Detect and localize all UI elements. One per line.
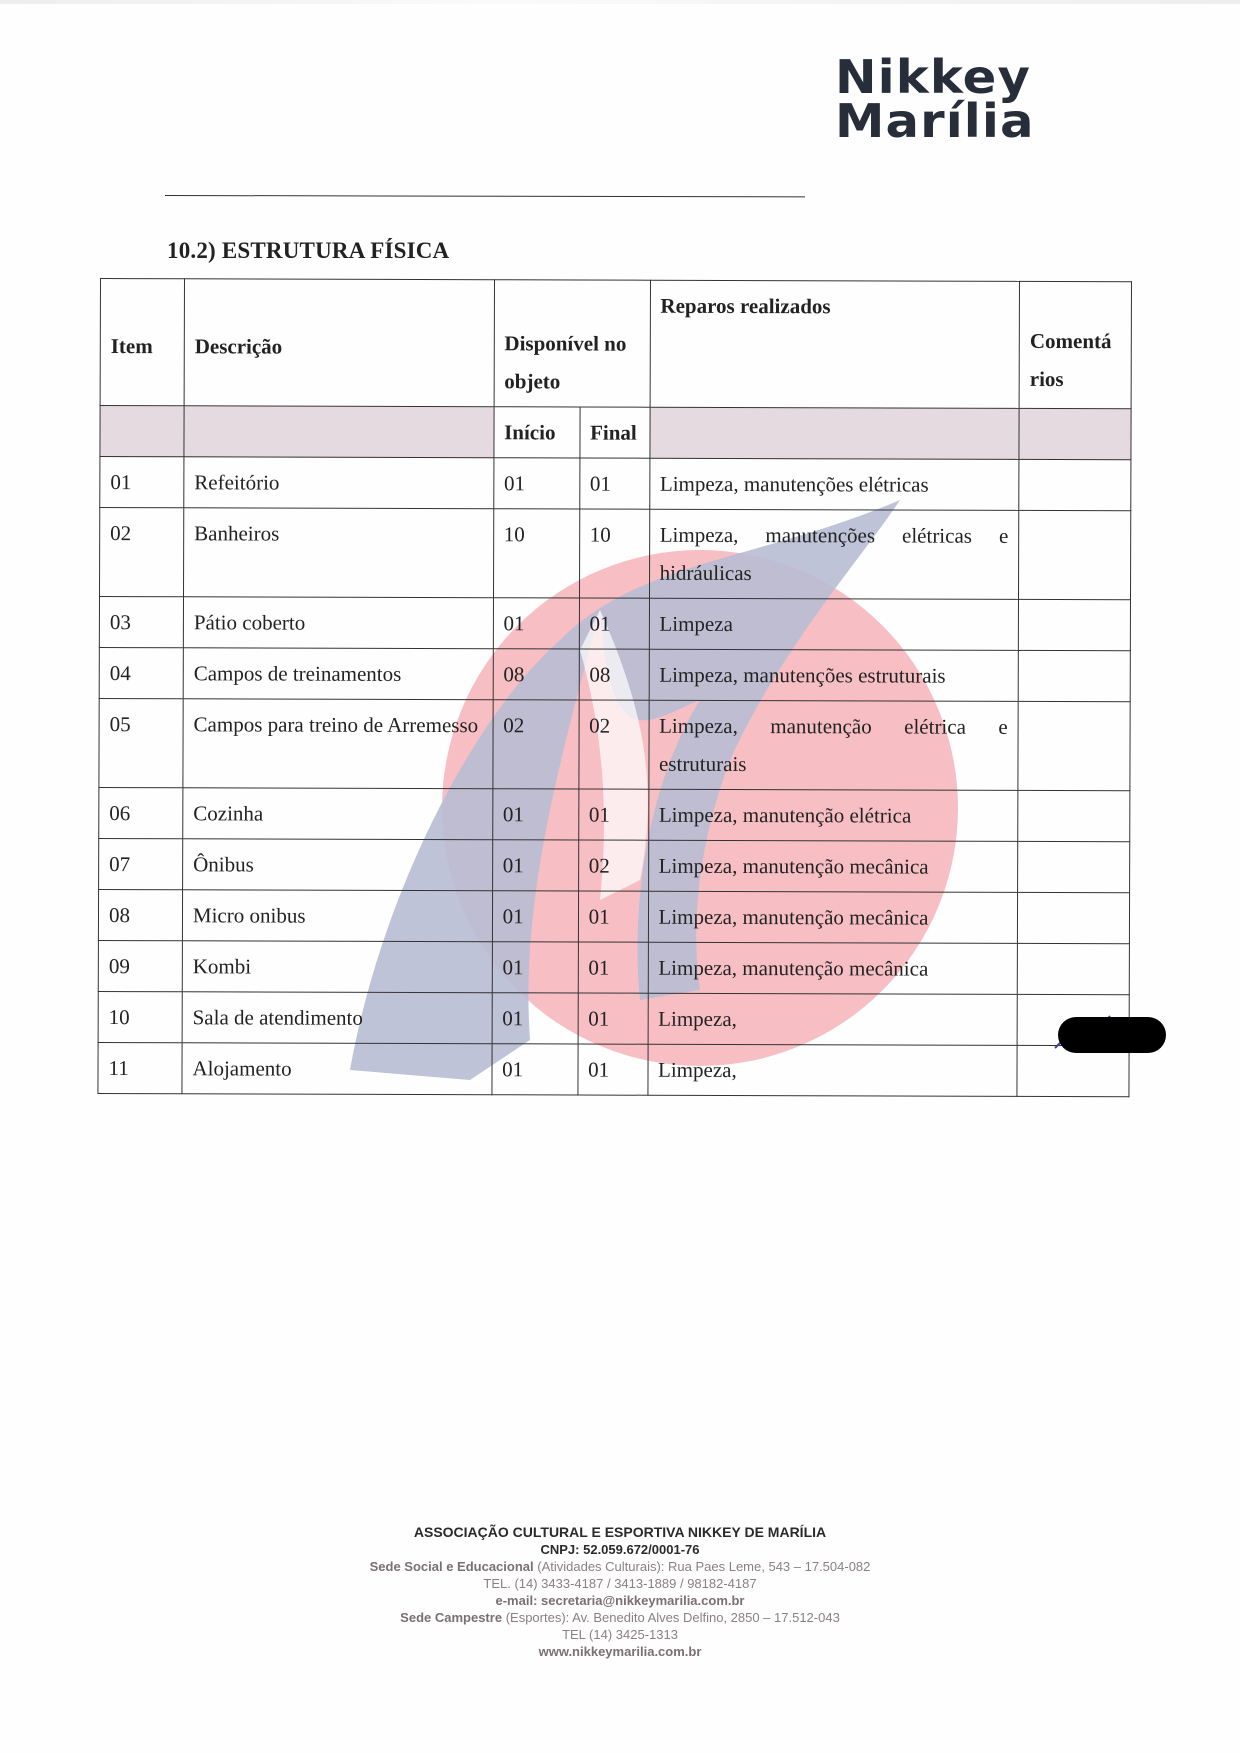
- cell-descricao: Sala de atendimento: [182, 992, 492, 1044]
- cell-comentarios: [1018, 701, 1130, 790]
- cell-comentarios: [1019, 510, 1131, 599]
- logo-line-1: Nikkey: [835, 55, 1035, 99]
- cell-inicio: 01: [492, 1044, 578, 1095]
- cell-final: 01: [578, 1044, 648, 1095]
- estrutura-fisica-table: Item Descrição Disponível no objeto Repa…: [97, 278, 1132, 1097]
- cell-item: 04: [99, 647, 183, 698]
- table-row: 11Alojamento0101Limpeza,: [98, 1042, 1129, 1096]
- cell-reparos: Limpeza, manutenção elétrica e estrutura…: [648, 700, 1018, 790]
- subheader-empty: [100, 406, 184, 457]
- cell-descricao: Campos para treino de Arremesso: [183, 699, 493, 789]
- footer-sede-social: Sede Social e Educacional (Atividades Cu…: [0, 1558, 1240, 1575]
- cell-comentarios: [1018, 841, 1130, 892]
- table-row: 07Ônibus0102Limpeza, manutenção mecânica: [99, 838, 1130, 892]
- cell-reparos: Limpeza: [649, 598, 1019, 650]
- header-comentarios: Comentários: [1019, 281, 1131, 408]
- table-row: 02Banheiros1010Limpeza, manutenções elét…: [99, 508, 1130, 600]
- footer-org-name: ASSOCIAÇÃO CULTURAL E ESPORTIVA NIKKEY D…: [0, 1524, 1240, 1541]
- cell-final: 01: [578, 789, 648, 840]
- cell-comentarios: [1018, 599, 1130, 650]
- cell-reparos: Limpeza, manutenções estruturais: [649, 649, 1019, 701]
- sede-campestre-detail: (Esportes): Av. Benedito Alves Delfino, …: [506, 1610, 840, 1625]
- sede-campestre-label: Sede Campestre: [400, 1610, 502, 1625]
- table-row: 08Micro onibus0101Limpeza, manutenção me…: [98, 889, 1129, 943]
- header-disponivel: Disponível no objeto: [494, 280, 650, 407]
- cell-comentarios: [1019, 459, 1131, 510]
- cell-descricao: Banheiros: [183, 508, 493, 598]
- footer-cnpj: CNPJ: 52.059.672/0001-76: [0, 1541, 1240, 1558]
- cell-comentarios: [1017, 943, 1129, 994]
- cell-descricao: Kombi: [182, 941, 492, 993]
- cell-comentarios: [1018, 650, 1130, 701]
- cell-descricao: Campos de treinamentos: [183, 648, 493, 700]
- cell-inicio: 01: [492, 891, 578, 942]
- cell-item: 08: [98, 889, 182, 940]
- cell-descricao: Alojamento: [182, 1043, 492, 1095]
- cell-inicio: 08: [493, 649, 579, 700]
- header-inicio: Início: [494, 407, 580, 458]
- table-row: 06Cozinha0101Limpeza, manutenção elétric…: [99, 787, 1130, 841]
- footer-sede-campestre: Sede Campestre (Esportes): Av. Benedito …: [0, 1609, 1240, 1626]
- cell-final: 01: [578, 891, 648, 942]
- footer: ASSOCIAÇÃO CULTURAL E ESPORTIVA NIKKEY D…: [0, 1524, 1240, 1660]
- table-row: 10Sala de atendimento0101Limpeza,: [98, 991, 1129, 1045]
- scan-edge: [0, 0, 1240, 4]
- subheader-empty: [184, 406, 494, 458]
- header-descricao: Descrição: [184, 279, 494, 407]
- cell-item: 10: [98, 991, 182, 1042]
- sede-social-label: Sede Social e Educacional: [370, 1559, 534, 1574]
- cell-inicio: 01: [493, 458, 579, 509]
- cell-inicio: 02: [493, 700, 579, 789]
- redacted-signature: [1058, 1017, 1166, 1053]
- cell-reparos: Limpeza, manutenções elétricas: [649, 458, 1019, 510]
- cell-item: 01: [100, 457, 184, 508]
- subheader-empty: [1019, 408, 1131, 459]
- cell-comentarios: [1018, 892, 1130, 943]
- cell-reparos: Limpeza, manutenção mecânica: [648, 891, 1018, 943]
- sede-social-detail: (Atividades Culturais): Rua Paes Leme, 5…: [537, 1559, 870, 1574]
- cell-reparos: Limpeza,: [648, 993, 1018, 1045]
- cell-comentarios: [1018, 790, 1130, 841]
- cell-descricao: Refeitório: [184, 457, 494, 509]
- cell-reparos: Limpeza, manutenção mecânica: [648, 942, 1018, 994]
- cell-reparos: Limpeza, manutenção elétrica: [648, 789, 1018, 841]
- cell-descricao: Micro onibus: [182, 890, 492, 942]
- cell-final: 01: [579, 458, 649, 509]
- cell-item: 06: [99, 787, 183, 838]
- footer-tel-1: TEL. (14) 3433-4187 / 3413-1889 / 98182-…: [0, 1575, 1240, 1592]
- cell-final: 02: [578, 840, 648, 891]
- cell-inicio: 01: [493, 598, 579, 649]
- email-label: e-mail:: [496, 1593, 538, 1608]
- cell-descricao: Ônibus: [183, 839, 493, 891]
- cell-item: 03: [99, 597, 183, 648]
- table-row: 01Refeitório0101Limpeza, manutenções elé…: [100, 457, 1131, 511]
- email-link[interactable]: secretaria@nikkeymarilia.com.br: [541, 1593, 744, 1608]
- table-row: 04Campos de treinamentos0808Limpeza, man…: [99, 647, 1130, 701]
- cell-item: 09: [98, 940, 182, 991]
- cell-reparos: Limpeza, manutenção mecânica: [648, 840, 1018, 892]
- header-rule: [165, 195, 805, 197]
- cell-reparos: Limpeza,: [647, 1044, 1017, 1096]
- logo-line-2: Marília: [835, 99, 1035, 143]
- nikkey-marilia-logo: Nikkey Marília: [835, 55, 1035, 143]
- cell-descricao: Pátio coberto: [183, 597, 493, 649]
- cell-final: 01: [578, 942, 648, 993]
- cell-final: 02: [578, 700, 648, 789]
- cell-descricao: Cozinha: [183, 788, 493, 840]
- cell-final: 01: [578, 993, 648, 1044]
- cell-inicio: 01: [492, 789, 578, 840]
- header-item: Item: [100, 279, 184, 406]
- table-subheader-row: Início Final: [100, 406, 1131, 460]
- cell-reparos: Limpeza, manutenções elétricas e hidrául…: [649, 509, 1019, 599]
- footer-website-link[interactable]: www.nikkeymarilia.com.br: [0, 1643, 1240, 1660]
- cell-item: 11: [98, 1042, 182, 1093]
- table-row: 09Kombi0101Limpeza, manutenção mecânica: [98, 940, 1129, 994]
- table-row: 05Campos para treino de Arremesso0202Lim…: [99, 698, 1130, 790]
- cell-final: 10: [579, 509, 649, 598]
- table-header-row: Item Descrição Disponível no objeto Repa…: [100, 279, 1131, 409]
- subheader-empty: [649, 407, 1019, 459]
- section-heading: 10.2) ESTRUTURA FÍSICA: [167, 238, 449, 264]
- header-reparos: Reparos realizados: [650, 280, 1020, 408]
- cell-inicio: 10: [493, 509, 579, 598]
- cell-inicio: 01: [492, 993, 578, 1044]
- footer-email-line: e-mail: secretaria@nikkeymarilia.com.br: [0, 1592, 1240, 1609]
- cell-final: 08: [579, 649, 649, 700]
- table-row: 03Pátio coberto0101Limpeza: [99, 597, 1130, 651]
- cell-item: 07: [99, 838, 183, 889]
- footer-tel-2: TEL (14) 3425-1313: [0, 1626, 1240, 1643]
- cell-item: 05: [99, 698, 183, 787]
- cell-final: 01: [579, 598, 649, 649]
- cell-inicio: 01: [492, 840, 578, 891]
- cell-inicio: 01: [492, 942, 578, 993]
- header-final: Final: [580, 407, 650, 458]
- cell-item: 02: [99, 508, 183, 597]
